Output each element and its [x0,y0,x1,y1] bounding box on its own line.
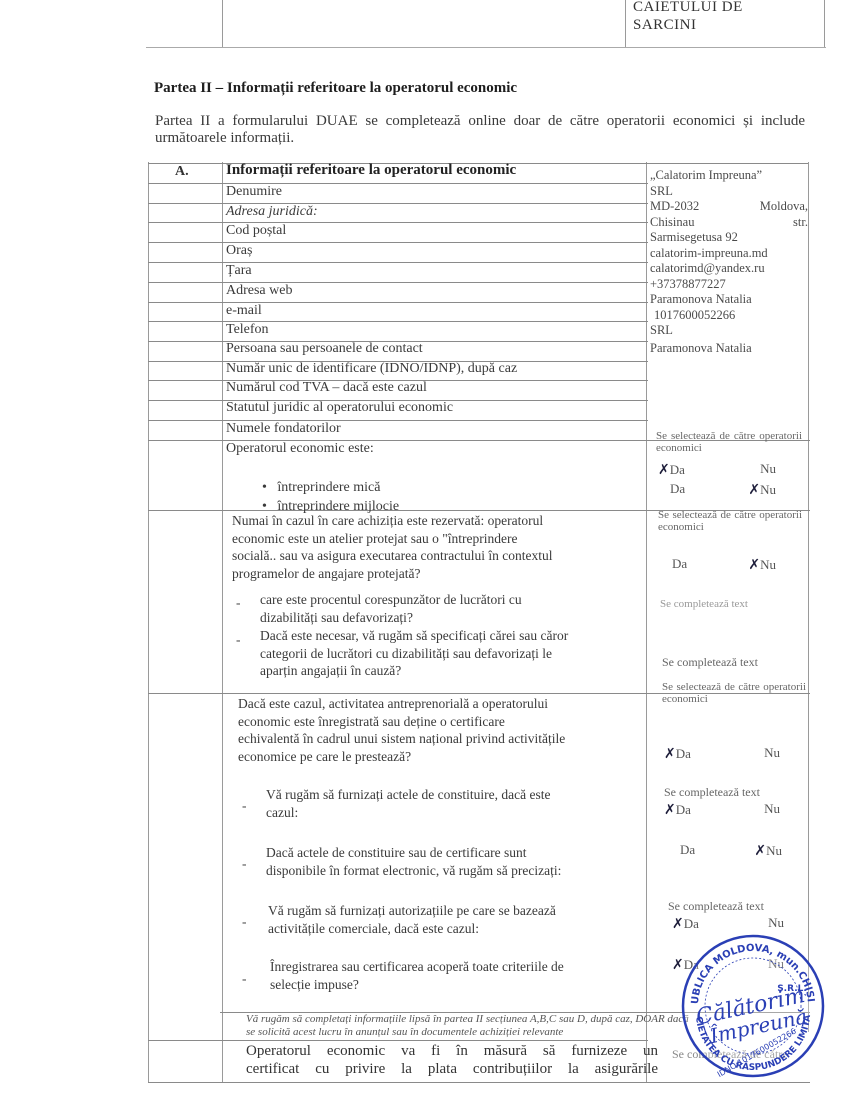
reserved-choice[interactable]: Da ✗Nu [672,556,776,574]
value-line: MD-2032 Moldova, [650,199,808,215]
x-mark-icon: ✗ [664,802,676,818]
note-line2: se solicită acest lucru în anunțul sau î… [246,1026,563,1038]
sub2-hint[interactable]: Se completează text [668,900,764,912]
dash-marker: - [242,798,247,814]
table-title: Informații referitoare la operatorul eco… [226,162,516,179]
dash-marker: - [242,971,247,987]
reserved-sub2: Dacă este necesar, vă rugăm să specifica… [260,627,568,680]
value-line: +37378877227 [650,277,808,293]
registration-choice[interactable]: ✗Da Nu [664,745,780,763]
registration-sub: Dacă actele de constituire sau de certif… [266,844,561,879]
dash-marker: - [242,856,247,872]
operator-type-hint: Se selectează de către operatorii econom… [656,430,802,454]
row-label: Număr unic de identificare (IDNO/IDNP), … [226,361,517,377]
x-mark-icon: ✗ [748,557,760,573]
note-line1: Vă rugăm să completați informațiile lips… [246,1013,689,1025]
row-label: Persoana sau persoanele de contact [226,341,423,357]
value-line: SRL [650,323,808,339]
row-label: Telefon [226,322,269,338]
value-line: Chisinau str. [650,215,808,231]
bullet-option: • întreprindere mică [262,480,380,496]
row-label: Denumire [226,184,282,200]
top-cell-line1: CAIETULUI DE [633,0,743,16]
row-label: Adresa web [226,283,292,299]
registration-question: Dacă este cazul, activitatea antreprenor… [238,695,565,765]
sub0-hint[interactable]: Se completează text [664,786,760,798]
value-line: calatorim-impreuna.md [650,246,808,262]
last-row-line1: Operatorul economic va fi în măsură să f… [246,1042,658,1060]
company-stamp-icon: REPUBLICA MOLDOVA, mun.CHIȘINĂU SOCIETAT… [680,933,826,1079]
sub1-choice[interactable]: Da ✗Nu [680,842,782,860]
operator-type-medium-choice[interactable]: Da ✗Nu [670,481,776,499]
operator-values: „Calatorim Impreuna” SRL MD-2032 Moldova… [650,168,808,356]
dash-marker: - [236,632,241,648]
reserved-sub1-hint[interactable]: Se completează text [660,598,748,610]
sub0-choice[interactable]: ✗Da Nu [664,801,780,819]
x-mark-icon: ✗ [748,482,760,498]
value-line: 1017600052266 [650,308,808,324]
value-line: SRL [650,184,808,200]
row-label: Țara [226,263,252,279]
last-row-line2: certificat cu privire la plata contribuț… [246,1060,658,1078]
registration-sub: Înregistrarea sau certificarea acoperă t… [270,958,564,993]
operator-type-question: Operatorul economic este: [226,441,374,457]
x-mark-icon: ✗ [664,746,676,762]
row-label: Statutul juridic al operatorului economi… [226,400,453,416]
value-line: Sarmisegetusa 92 [650,230,808,246]
reserved-sub1: care este procentul corespunzător de luc… [260,591,522,626]
registration-sub: Vă rugăm să furnizați autorizațiile pe c… [268,902,556,937]
top-cell-text: CAIETULUI DE SARCINI [633,0,743,34]
dash-marker: - [242,914,247,930]
reserved-hint: Se selectează de către operatorii econom… [658,509,802,533]
x-mark-icon: ✗ [754,843,766,859]
reserved-question: Numai în cazul în care achiziția este re… [232,512,553,582]
table-index: A. [175,164,189,180]
sub2-choice[interactable]: ✗Da Nu [672,915,784,933]
value-line: calatorimd@yandex.ru [650,261,808,277]
reserved-sub2-hint[interactable]: Se completează text [662,656,758,668]
value-line: Paramonova Natalia [650,292,808,308]
row-label: e-mail [226,303,262,319]
row-label: Numele fondatorilor [226,421,341,437]
value-line: Paramonova Natalia [650,341,808,357]
registration-hint: Se selectează de către operatorii econom… [662,681,806,705]
top-cell-line2: SARCINI [633,16,743,34]
x-mark-icon: ✗ [672,916,684,932]
row-label: Numărul cod TVA – dacă este cazul [226,380,427,396]
row-label: Oraș [226,243,252,259]
section-heading: Partea II – Informații referitoare la op… [154,80,517,97]
operator-type-small-choice[interactable]: ✗Da Nu [658,461,776,479]
x-mark-icon: ✗ [658,462,670,478]
intro-paragraph: Partea II a formularului DUAE se complet… [155,113,805,147]
row-label: Cod poștal [226,223,286,239]
value-line: „Calatorim Impreuna” [650,168,808,184]
row-label: Adresa juridică: [226,204,318,220]
registration-sub: Vă rugăm să furnizați actele de constitu… [266,786,551,821]
dash-marker: - [236,595,241,611]
